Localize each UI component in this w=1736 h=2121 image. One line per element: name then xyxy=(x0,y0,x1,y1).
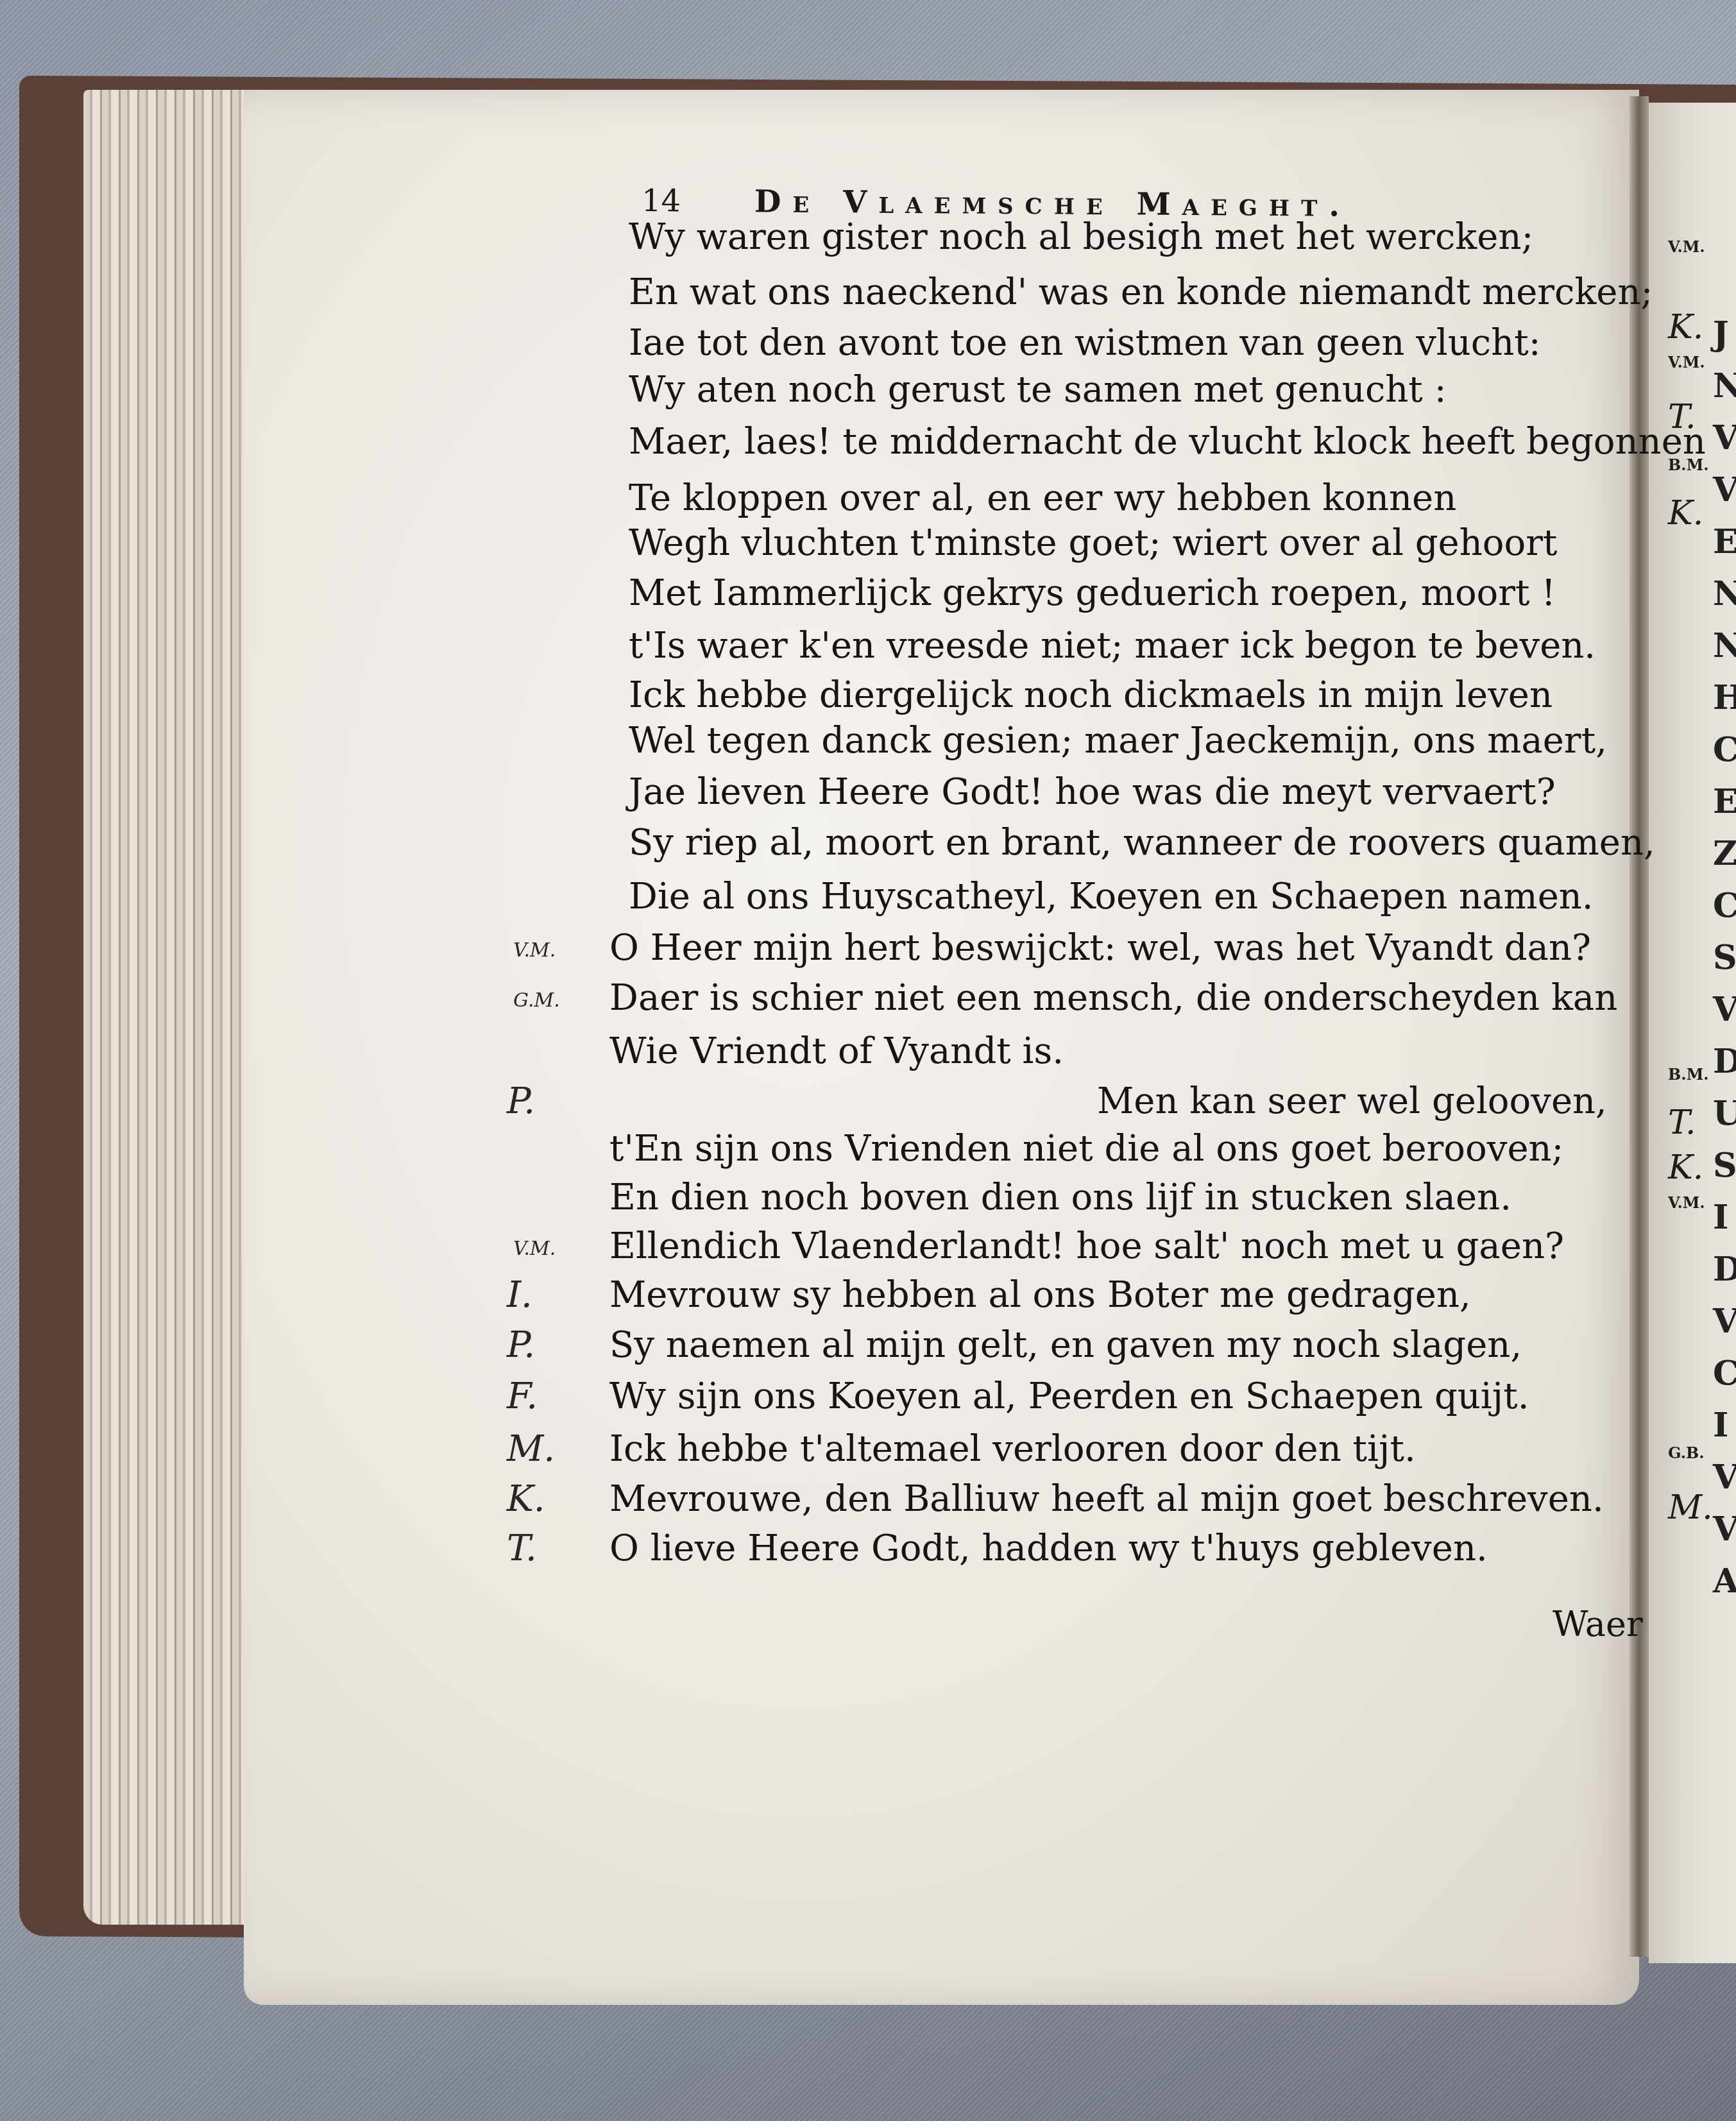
facing-speaker-label: T. xyxy=(1668,1103,1696,1142)
catchword: Waer xyxy=(1553,1604,1643,1644)
verse-line: Wy waren gister noch al besigh met het w… xyxy=(629,225,1533,250)
verse-line-text: Wy waren gister noch al besigh met het w… xyxy=(629,225,1533,250)
verse-line-text: Sy naemen al mijn gelt, en gaven my noch… xyxy=(609,1333,1522,1358)
verse-line-text: Maer, laes! te middernacht de vlucht klo… xyxy=(629,429,1706,455)
verse-line-text: En wat ons naeckend' was en konde nieman… xyxy=(629,280,1653,305)
verse-line: t'En sijn ons Vrienden niet die al ons g… xyxy=(609,1136,1563,1162)
speaker-label: V.M. xyxy=(513,1236,556,1262)
verse-line: F.Wy sijn ons Koeyen al, Peerden en Scha… xyxy=(609,1384,1529,1410)
facing-line-initial: N xyxy=(1713,620,1736,672)
page-number: 14 xyxy=(642,183,681,219)
verse-line: K.Mevrouwe, den Balliuw heeft al mijn go… xyxy=(609,1486,1604,1512)
facing-line-initial: H xyxy=(1713,672,1736,724)
book-gutter xyxy=(1630,96,1649,1957)
verse-line-text: Wy sijn ons Koeyen al, Peerden en Schaep… xyxy=(609,1384,1529,1410)
facing-line-initial: I xyxy=(1713,1399,1736,1451)
verse-line-text: Ellendich Vlaenderlandt! hoe salt' noch … xyxy=(609,1234,1564,1259)
verse-line-text: O Heer mijn hert beswijckt: wel, was het… xyxy=(609,935,1591,961)
speaker-label: K. xyxy=(507,1486,545,1512)
facing-line-initial: C xyxy=(1713,724,1736,776)
verse-line-text: Ick hebbe t'altemael verlooren door den … xyxy=(609,1436,1416,1462)
verse-line: Wel tegen danck gesien; maer Jaeckemijn,… xyxy=(629,728,1607,754)
facing-speaker-label: T. xyxy=(1668,398,1696,436)
verse-line: Sy riep al, moort en brant, wanneer de r… xyxy=(629,830,1655,856)
facing-speaker-label: B.M. xyxy=(1668,456,1709,474)
facing-line-initial: C xyxy=(1713,880,1736,932)
verse-line: Maer, laes! te middernacht de vlucht klo… xyxy=(629,429,1706,455)
facing-speaker-label: G.B. xyxy=(1668,1444,1705,1462)
verse-line: Wegh vluchten t'minste goet; wiert over … xyxy=(629,531,1557,556)
verse-line: t'Is waer k'en vreesde niet; maer ick be… xyxy=(629,633,1596,659)
facing-line-initials: JNVVENNHCEZCSVDUSIDVCIVVA xyxy=(1713,308,1736,1607)
facing-line-initial: D xyxy=(1713,1243,1736,1295)
facing-line-initial: V xyxy=(1713,412,1736,464)
verse-line: Jae lieven Heere Godt! hoe was die meyt … xyxy=(629,779,1556,805)
verse-line-text: Wy aten noch gerust te samen met genucht… xyxy=(629,377,1447,403)
verse-line: Te kloppen over al, en eer wy hebben kon… xyxy=(629,486,1456,511)
verse-line: M.Ick hebbe t'altemael verlooren door de… xyxy=(609,1436,1416,1462)
speaker-label: M. xyxy=(507,1436,555,1462)
facing-line-initial: Z xyxy=(1713,828,1736,880)
facing-line-initial: D xyxy=(1713,1035,1736,1087)
verse-line-text: En dien noch boven dien ons lijf in stuc… xyxy=(609,1185,1511,1211)
verse-line-text: t'Is waer k'en vreesde niet; maer ick be… xyxy=(629,633,1596,659)
facing-speaker-label: M. xyxy=(1668,1488,1713,1527)
verse-line-text: Mevrouw sy hebben al ons Boter me gedrag… xyxy=(609,1282,1471,1308)
verse-line: En dien noch boven dien ons lijf in stuc… xyxy=(609,1185,1511,1211)
verse-line-text: Te kloppen over al, en eer wy hebben kon… xyxy=(629,486,1456,511)
facing-line-initial: E xyxy=(1713,776,1736,828)
verse-line: Ick hebbe diergelijck noch dickmaels in … xyxy=(629,683,1553,708)
speaker-label: T. xyxy=(507,1536,537,1562)
verse-line-text: Ick hebbe diergelijck noch dickmaels in … xyxy=(629,683,1553,708)
verse-line-text: Daer is schier niet een mensch, die onde… xyxy=(609,985,1617,1011)
facing-line-initial: J xyxy=(1713,308,1736,360)
speaker-label: F. xyxy=(507,1384,538,1410)
facing-speaker-label: V.M. xyxy=(1668,1193,1705,1212)
speaker-label: P. xyxy=(507,1333,535,1358)
facing-line-initial: S xyxy=(1713,1139,1736,1191)
verse-line: G.M.Daer is schier niet een mensch, die … xyxy=(609,985,1617,1011)
verse-line-text: Met Iammerlijck gekrys geduerich roepen,… xyxy=(629,581,1556,606)
verse-line-text: Iae tot den avont toe en wistmen van gee… xyxy=(629,330,1541,356)
verse-line: V.M.O Heer mijn hert beswijckt: wel, was… xyxy=(609,935,1591,961)
speaker-label: G.M. xyxy=(513,988,560,1014)
speaker-label: I. xyxy=(507,1282,532,1308)
facing-line-initial: N xyxy=(1713,360,1736,412)
verse-line: P.Sy naemen al mijn gelt, en gaven my no… xyxy=(609,1333,1522,1358)
facing-line-initial: I xyxy=(1713,1191,1736,1243)
facing-speaker-label: K. xyxy=(1668,494,1703,532)
verse-line-text: Mevrouwe, den Balliuw heeft al mijn goet… xyxy=(609,1486,1604,1512)
verse-line: Wie Vriendt of Vyandt is. xyxy=(609,1039,1064,1064)
page-edges xyxy=(83,90,257,1925)
verse-line-text: Men kan seer wel gelooven, xyxy=(1097,1089,1607,1114)
verse-line: En wat ons naeckend' was en konde nieman… xyxy=(629,280,1653,305)
verse-line: Die al ons Huyscatheyl, Koeyen en Schaep… xyxy=(629,884,1594,910)
verse-line: I.Mevrouw sy hebben al ons Boter me gedr… xyxy=(609,1282,1471,1308)
facing-speaker-label: K. xyxy=(1668,308,1703,346)
facing-line-initial: U xyxy=(1713,1087,1736,1139)
verse-line-text: Wegh vluchten t'minste goet; wiert over … xyxy=(629,531,1557,556)
verse-line: Iae tot den avont toe en wistmen van gee… xyxy=(629,330,1541,356)
facing-line-initial: V xyxy=(1713,1503,1736,1555)
verse-line: V.M.Ellendich Vlaenderlandt! hoe salt' n… xyxy=(609,1234,1564,1259)
verse-line: Met Iammerlijck gekrys geduerich roepen,… xyxy=(629,581,1556,606)
facing-speaker-label: V.M. xyxy=(1668,237,1705,256)
facing-line-initial: E xyxy=(1713,516,1736,568)
verse-line: T.O lieve Heere Godt, hadden wy t'huys g… xyxy=(609,1536,1488,1562)
facing-line-initial: N xyxy=(1713,568,1736,620)
verse-line-text: O lieve Heere Godt, hadden wy t'huys geb… xyxy=(609,1536,1488,1562)
facing-speaker-label: K. xyxy=(1668,1148,1703,1187)
verse-line: Wy aten noch gerust te samen met genucht… xyxy=(629,377,1447,403)
facing-line-initial: V xyxy=(1713,464,1736,516)
facing-line-initial: V xyxy=(1713,1451,1736,1503)
facing-speaker-label: V.M. xyxy=(1668,353,1705,371)
facing-line-initial: V xyxy=(1713,1295,1736,1347)
facing-line-initial: C xyxy=(1713,1347,1736,1399)
verse-line-text: t'En sijn ons Vrienden niet die al ons g… xyxy=(609,1136,1563,1162)
facing-line-initial: A xyxy=(1713,1555,1736,1607)
verse-line-text: Jae lieven Heere Godt! hoe was die meyt … xyxy=(629,779,1556,805)
speaker-label: V.M. xyxy=(513,938,556,964)
verse-line-text: Wie Vriendt of Vyandt is. xyxy=(609,1039,1064,1064)
facing-speaker-label: B.M. xyxy=(1668,1065,1709,1084)
verse-line-text: Wel tegen danck gesien; maer Jaeckemijn,… xyxy=(629,728,1607,754)
speaker-label: P. xyxy=(507,1089,535,1114)
facing-line-initial: S xyxy=(1713,932,1736,984)
facing-line-initial: V xyxy=(1713,984,1736,1035)
verse-line-text: Sy riep al, moort en brant, wanneer de r… xyxy=(629,830,1655,856)
verse-line: P.Men kan seer wel gelooven, xyxy=(609,1089,1607,1114)
verse-line-text: Die al ons Huyscatheyl, Koeyen en Schaep… xyxy=(629,884,1594,910)
